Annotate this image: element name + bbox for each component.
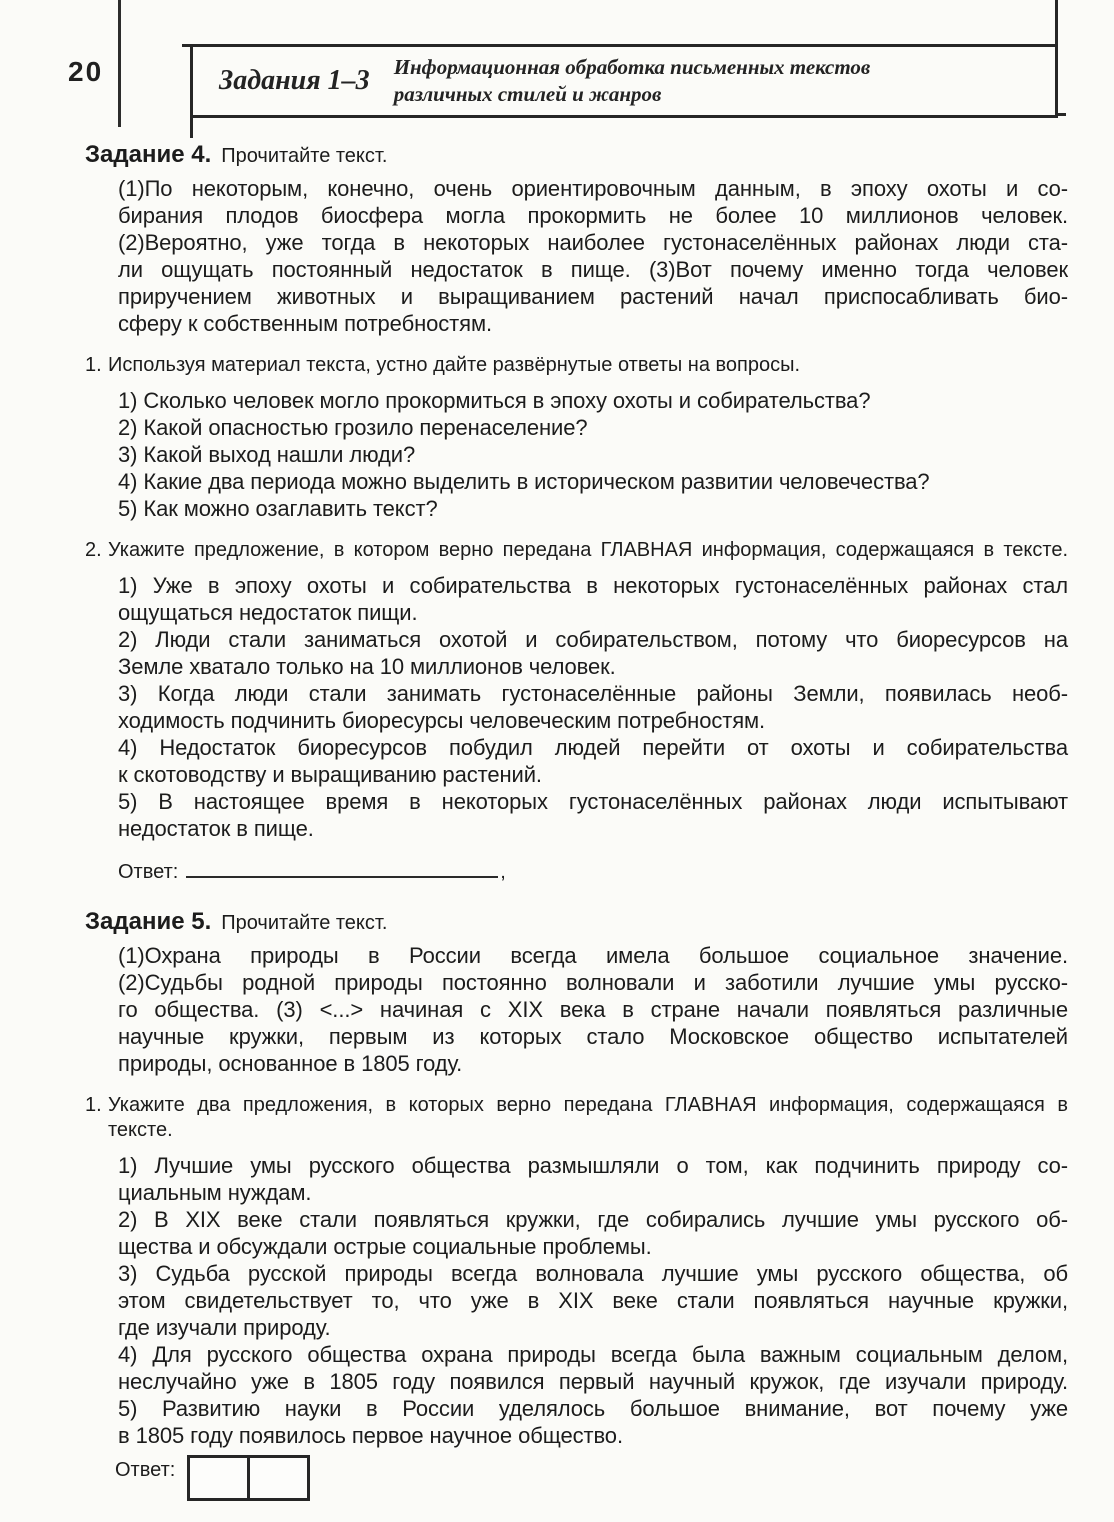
text-line: бирания плодов биосфера могла прокормить… bbox=[118, 202, 1068, 229]
list-item: 3) Какой выход нашли люди? bbox=[118, 441, 1068, 468]
option-line: Земле хватало только на 10 миллионов чел… bbox=[118, 653, 1068, 680]
task5-section: Задание 5.Прочитайте текст. (1)Охрана пр… bbox=[85, 908, 1068, 1501]
task5-answer-row: Ответ: bbox=[115, 1459, 1068, 1501]
list-item: 5) Как можно озаглавить текст? bbox=[118, 495, 1068, 522]
task5-instruction: Прочитайте текст. bbox=[221, 912, 387, 934]
task4-question1-prompt: 1. Используя материал текста, устно дайт… bbox=[85, 353, 1068, 378]
page-number: 20 bbox=[68, 56, 103, 88]
task5-label: Задание 5. bbox=[85, 908, 211, 935]
option-line: этом свидетельствует то, что уже в XIX в… bbox=[118, 1287, 1068, 1314]
list-item: 2) Какой опасностью грозило перенаселени… bbox=[118, 414, 1068, 441]
task4-section: Задание 4.Прочитайте текст. (1)По некото… bbox=[85, 141, 1068, 884]
task4-heading: Задание 4.Прочитайте текст. bbox=[85, 141, 1068, 169]
option-line: ходимость подчинить биоресурсы человечес… bbox=[118, 707, 1068, 734]
header-topic-line: Информационная обработка письменных текс… bbox=[394, 54, 871, 81]
task4-instruction: Прочитайте текст. bbox=[221, 145, 387, 167]
option-line: ощущаться недостаток пищи. bbox=[118, 599, 1068, 626]
answer-label: Ответ: bbox=[115, 1459, 175, 1482]
header-topic-line: различных стилей и жанров bbox=[394, 81, 871, 108]
text-line: (2)Вероятно, уже тогда в некоторых наибо… bbox=[118, 229, 1068, 256]
option-line: 4) Недостаток биоресурсов побудил людей … bbox=[118, 734, 1068, 761]
option-line: 3) Судьба русской природы всегда волнова… bbox=[118, 1260, 1068, 1287]
option-line: циальным нуждам. bbox=[118, 1179, 1068, 1206]
text-line: го общества. (3) <...> начиная с XIX век… bbox=[118, 996, 1068, 1023]
option-line: где изучали природу. bbox=[118, 1314, 1068, 1341]
answer-cell-1[interactable] bbox=[187, 1455, 250, 1501]
task5-question1-options: 1) Лучшие умы русского общества размышля… bbox=[118, 1152, 1068, 1449]
task4-question2-options: 1) Уже в эпоху охоты и собирательства в … bbox=[118, 572, 1068, 842]
answer-suffix: , bbox=[500, 861, 506, 883]
header-topic: Информационная обработка письменных текс… bbox=[394, 54, 871, 108]
option-line: недостаток в пище. bbox=[118, 815, 1068, 842]
option-line: неслучайно уже в 1805 году появился перв… bbox=[118, 1368, 1068, 1395]
question-number: 1. bbox=[85, 1093, 108, 1143]
task5-text: (1)Охрана природы в России всегда имела … bbox=[118, 942, 1068, 1077]
option-line: 1) Лучшие умы русского общества размышля… bbox=[118, 1152, 1068, 1179]
workbook-page: 20 Задания 1–3 Информационная обработка … bbox=[0, 0, 1114, 1522]
question-number: 1. bbox=[85, 353, 108, 378]
task4-label: Задание 4. bbox=[85, 141, 211, 168]
option-line: 4) Для русского общества охрана природы … bbox=[118, 1341, 1068, 1368]
header-task-range: Задания 1–3 bbox=[219, 65, 370, 97]
text-line: ли ощущать постоянный недостаток в пище.… bbox=[118, 256, 1068, 283]
option-line: 5) Развитию науки в России уделялось бол… bbox=[118, 1395, 1068, 1422]
text-line: (2)Судьбы родной природы постоянно волно… bbox=[118, 969, 1068, 996]
answer-blank[interactable] bbox=[186, 856, 498, 878]
task5-question1-prompt: 1. Укажите два предложения, в которых ве… bbox=[85, 1093, 1068, 1143]
option-line: к скотоводству и выращиванию растений. bbox=[118, 761, 1068, 788]
task4-text: (1)По некоторым, конечно, очень ориентир… bbox=[118, 175, 1068, 337]
text-line: сферу к собственным потребностям. bbox=[118, 310, 1068, 337]
text-line: природы, основанное в 1805 году. bbox=[118, 1050, 1068, 1077]
list-item: 4) Какие два периода можно выделить в ис… bbox=[118, 468, 1068, 495]
page-content: Задание 4.Прочитайте текст. (1)По некото… bbox=[85, 141, 1068, 1501]
text-line: (1)По некоторым, конечно, очень ориентир… bbox=[118, 175, 1068, 202]
task4-answer-row: Ответ:, bbox=[118, 856, 1068, 884]
task4-question2-prompt: 2. Укажите предложение, в котором верно … bbox=[85, 538, 1068, 563]
text-line: научные кружки, первым из которых стало … bbox=[118, 1023, 1068, 1050]
option-line: в 1805 году появилось первое научное общ… bbox=[118, 1422, 1068, 1449]
header-box: Задания 1–3 Информационная обработка пис… bbox=[190, 44, 1058, 118]
task4-question1-items: 1) Сколько человек могло прокормиться в … bbox=[118, 387, 1068, 522]
list-item: 1) Сколько человек могло прокормиться в … bbox=[118, 387, 1068, 414]
option-line: 1) Уже в эпоху охоты и собирательства в … bbox=[118, 572, 1068, 599]
text-line: приручением животных и выращиванием раст… bbox=[118, 283, 1068, 310]
answer-cell-2[interactable] bbox=[247, 1455, 310, 1501]
page-number-divider bbox=[118, 0, 121, 127]
option-line: 2) В XIX веке стали появляться кружки, г… bbox=[118, 1206, 1068, 1233]
option-line: 5) В настоящее время в некоторых густона… bbox=[118, 788, 1068, 815]
header-frame-overshoot-right bbox=[1055, 0, 1058, 47]
answer-label: Ответ: bbox=[118, 861, 178, 883]
question-text: Укажите предложение, в котором верно пер… bbox=[108, 538, 1068, 563]
option-line: щества и обсуждали острые социальные про… bbox=[118, 1233, 1068, 1260]
option-line: 2) Люди стали заниматься охотой и собира… bbox=[118, 626, 1068, 653]
question-text: Используя материал текста, устно дайте р… bbox=[108, 353, 1068, 378]
task5-heading: Задание 5.Прочитайте текст. bbox=[85, 908, 1068, 936]
answer-boxes bbox=[187, 1455, 310, 1501]
text-line: (1)Охрана природы в России всегда имела … bbox=[118, 942, 1068, 969]
question-text: Укажите два предложения, в которых верно… bbox=[108, 1093, 1068, 1143]
option-line: 3) Когда люди стали занимать густонаселё… bbox=[118, 680, 1068, 707]
question-number: 2. bbox=[85, 538, 108, 563]
